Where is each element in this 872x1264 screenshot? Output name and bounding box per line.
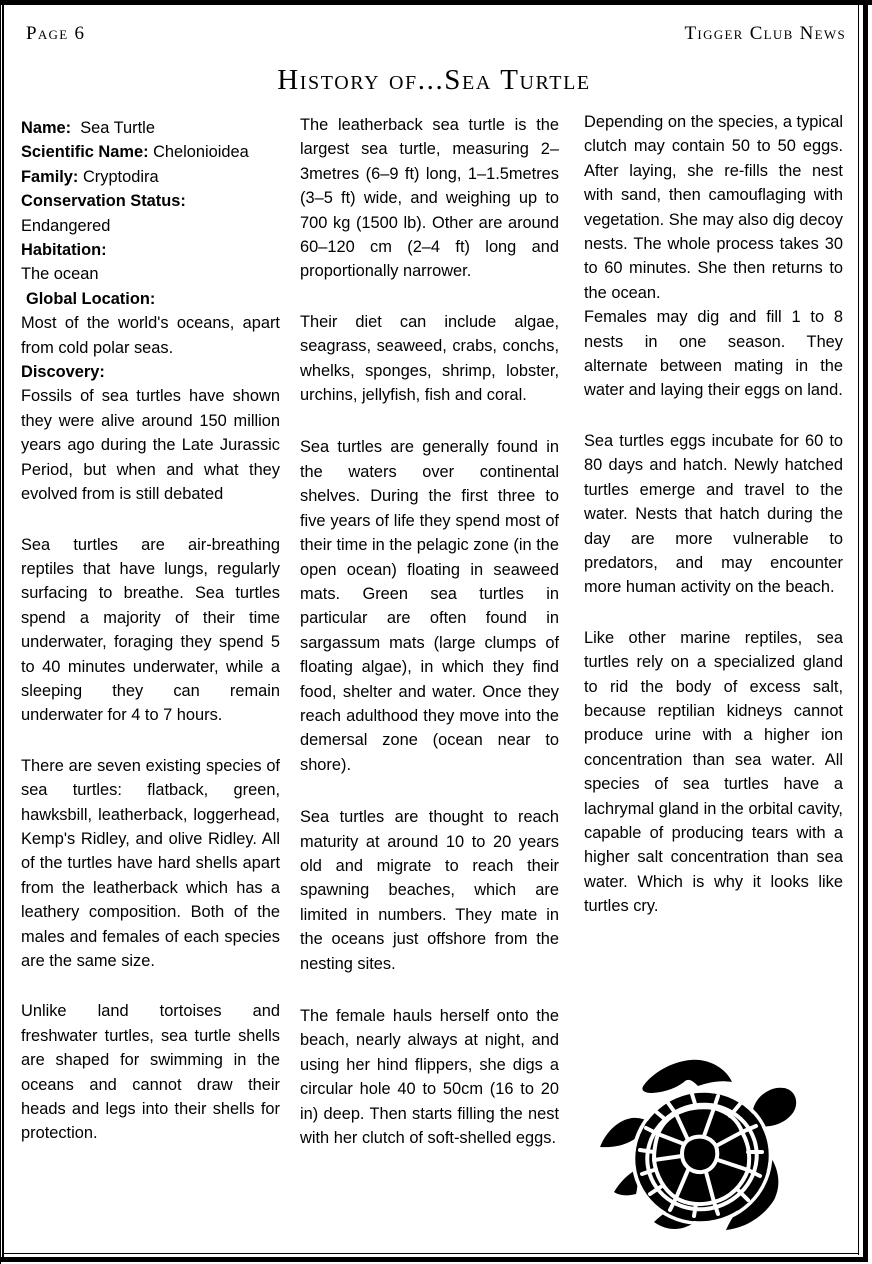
paragraph: Sea turtles are thought to reach maturit… — [300, 805, 559, 976]
page-border-right-inner — [858, 5, 859, 1255]
fact-label: Global Location: — [26, 290, 155, 308]
paragraph: Sea turtles are generally found in the w… — [300, 435, 559, 777]
fact-family: Family: Cryptodira — [21, 165, 280, 189]
page-border-left-outer — [0, 0, 1, 1264]
sea-turtle-silhouette-icon — [592, 1052, 797, 1237]
fact-conservation-label: Conservation Status: — [21, 189, 280, 213]
paragraph: Like other marine reptiles, sea turtles … — [584, 626, 843, 919]
page-border-bottom — [0, 1257, 868, 1262]
page-border-bottom-thin — [4, 1253, 859, 1254]
paragraph: Depending on the species, a typical clut… — [584, 110, 843, 305]
paragraph: Females may dig and fill 1 to 8 nests in… — [584, 305, 843, 403]
fact-habitation-value: The ocean — [21, 262, 280, 286]
column-middle: The leatherback sea turtle is the larges… — [300, 113, 559, 1150]
fact-label: Discovery: — [21, 363, 105, 381]
fact-location-value: Most of the world's oceans, apart from c… — [21, 311, 280, 360]
fact-value: Sea Turtle — [80, 119, 155, 137]
fact-name: Name: Sea Turtle — [21, 116, 280, 140]
fact-value: Chelonioidea — [153, 143, 249, 161]
fact-conservation-value: Endangered — [21, 214, 280, 238]
fact-habitation-label: Habitation: — [21, 238, 280, 262]
publication-name: Tigger Club News — [685, 23, 846, 45]
paragraph: Sea turtles are air-breathing reptiles t… — [21, 533, 280, 728]
fact-label: Conservation Status: — [21, 192, 186, 210]
fact-label: Name: — [21, 119, 71, 137]
fact-label: Scientific Name: — [21, 143, 149, 161]
fact-label: Habitation: — [21, 241, 107, 259]
page-border-top — [0, 0, 872, 5]
column-left: Name: Sea Turtle Scientific Name: Chelon… — [21, 116, 280, 1146]
page-number: Page 6 — [26, 23, 85, 45]
fact-value: Cryptodira — [83, 168, 159, 186]
paragraph: Unlike land tortoises and freshwater tur… — [21, 999, 280, 1145]
paragraph: Their diet can include algae, seagrass, … — [300, 310, 559, 408]
fact-location-label: Global Location: — [21, 287, 280, 311]
running-header: Page 6 Tigger Club News — [26, 22, 846, 46]
paragraph: The leatherback sea turtle is the larges… — [300, 113, 559, 284]
fact-discovery-value: Fossils of sea turtles have shown they w… — [21, 384, 280, 506]
page-border-left — [2, 0, 4, 1260]
page-border-right — [863, 0, 868, 1262]
fact-scientific-name: Scientific Name: Chelonioidea — [21, 140, 280, 164]
paragraph: There are seven existing species of sea … — [21, 754, 280, 974]
fact-discovery-label: Discovery: — [21, 360, 280, 384]
fact-label: Family: — [21, 168, 78, 186]
article-title: History of...Sea Turtle — [0, 62, 868, 98]
paragraph: The female hauls herself onto the beach,… — [300, 1004, 559, 1150]
fact-sheet: Name: Sea Turtle Scientific Name: Chelon… — [21, 116, 280, 507]
column-right: Depending on the species, a typical clut… — [584, 110, 843, 919]
paragraph: Sea turtles eggs incubate for 60 to 80 d… — [584, 429, 843, 600]
sea-turtle-illustration — [592, 1052, 797, 1237]
